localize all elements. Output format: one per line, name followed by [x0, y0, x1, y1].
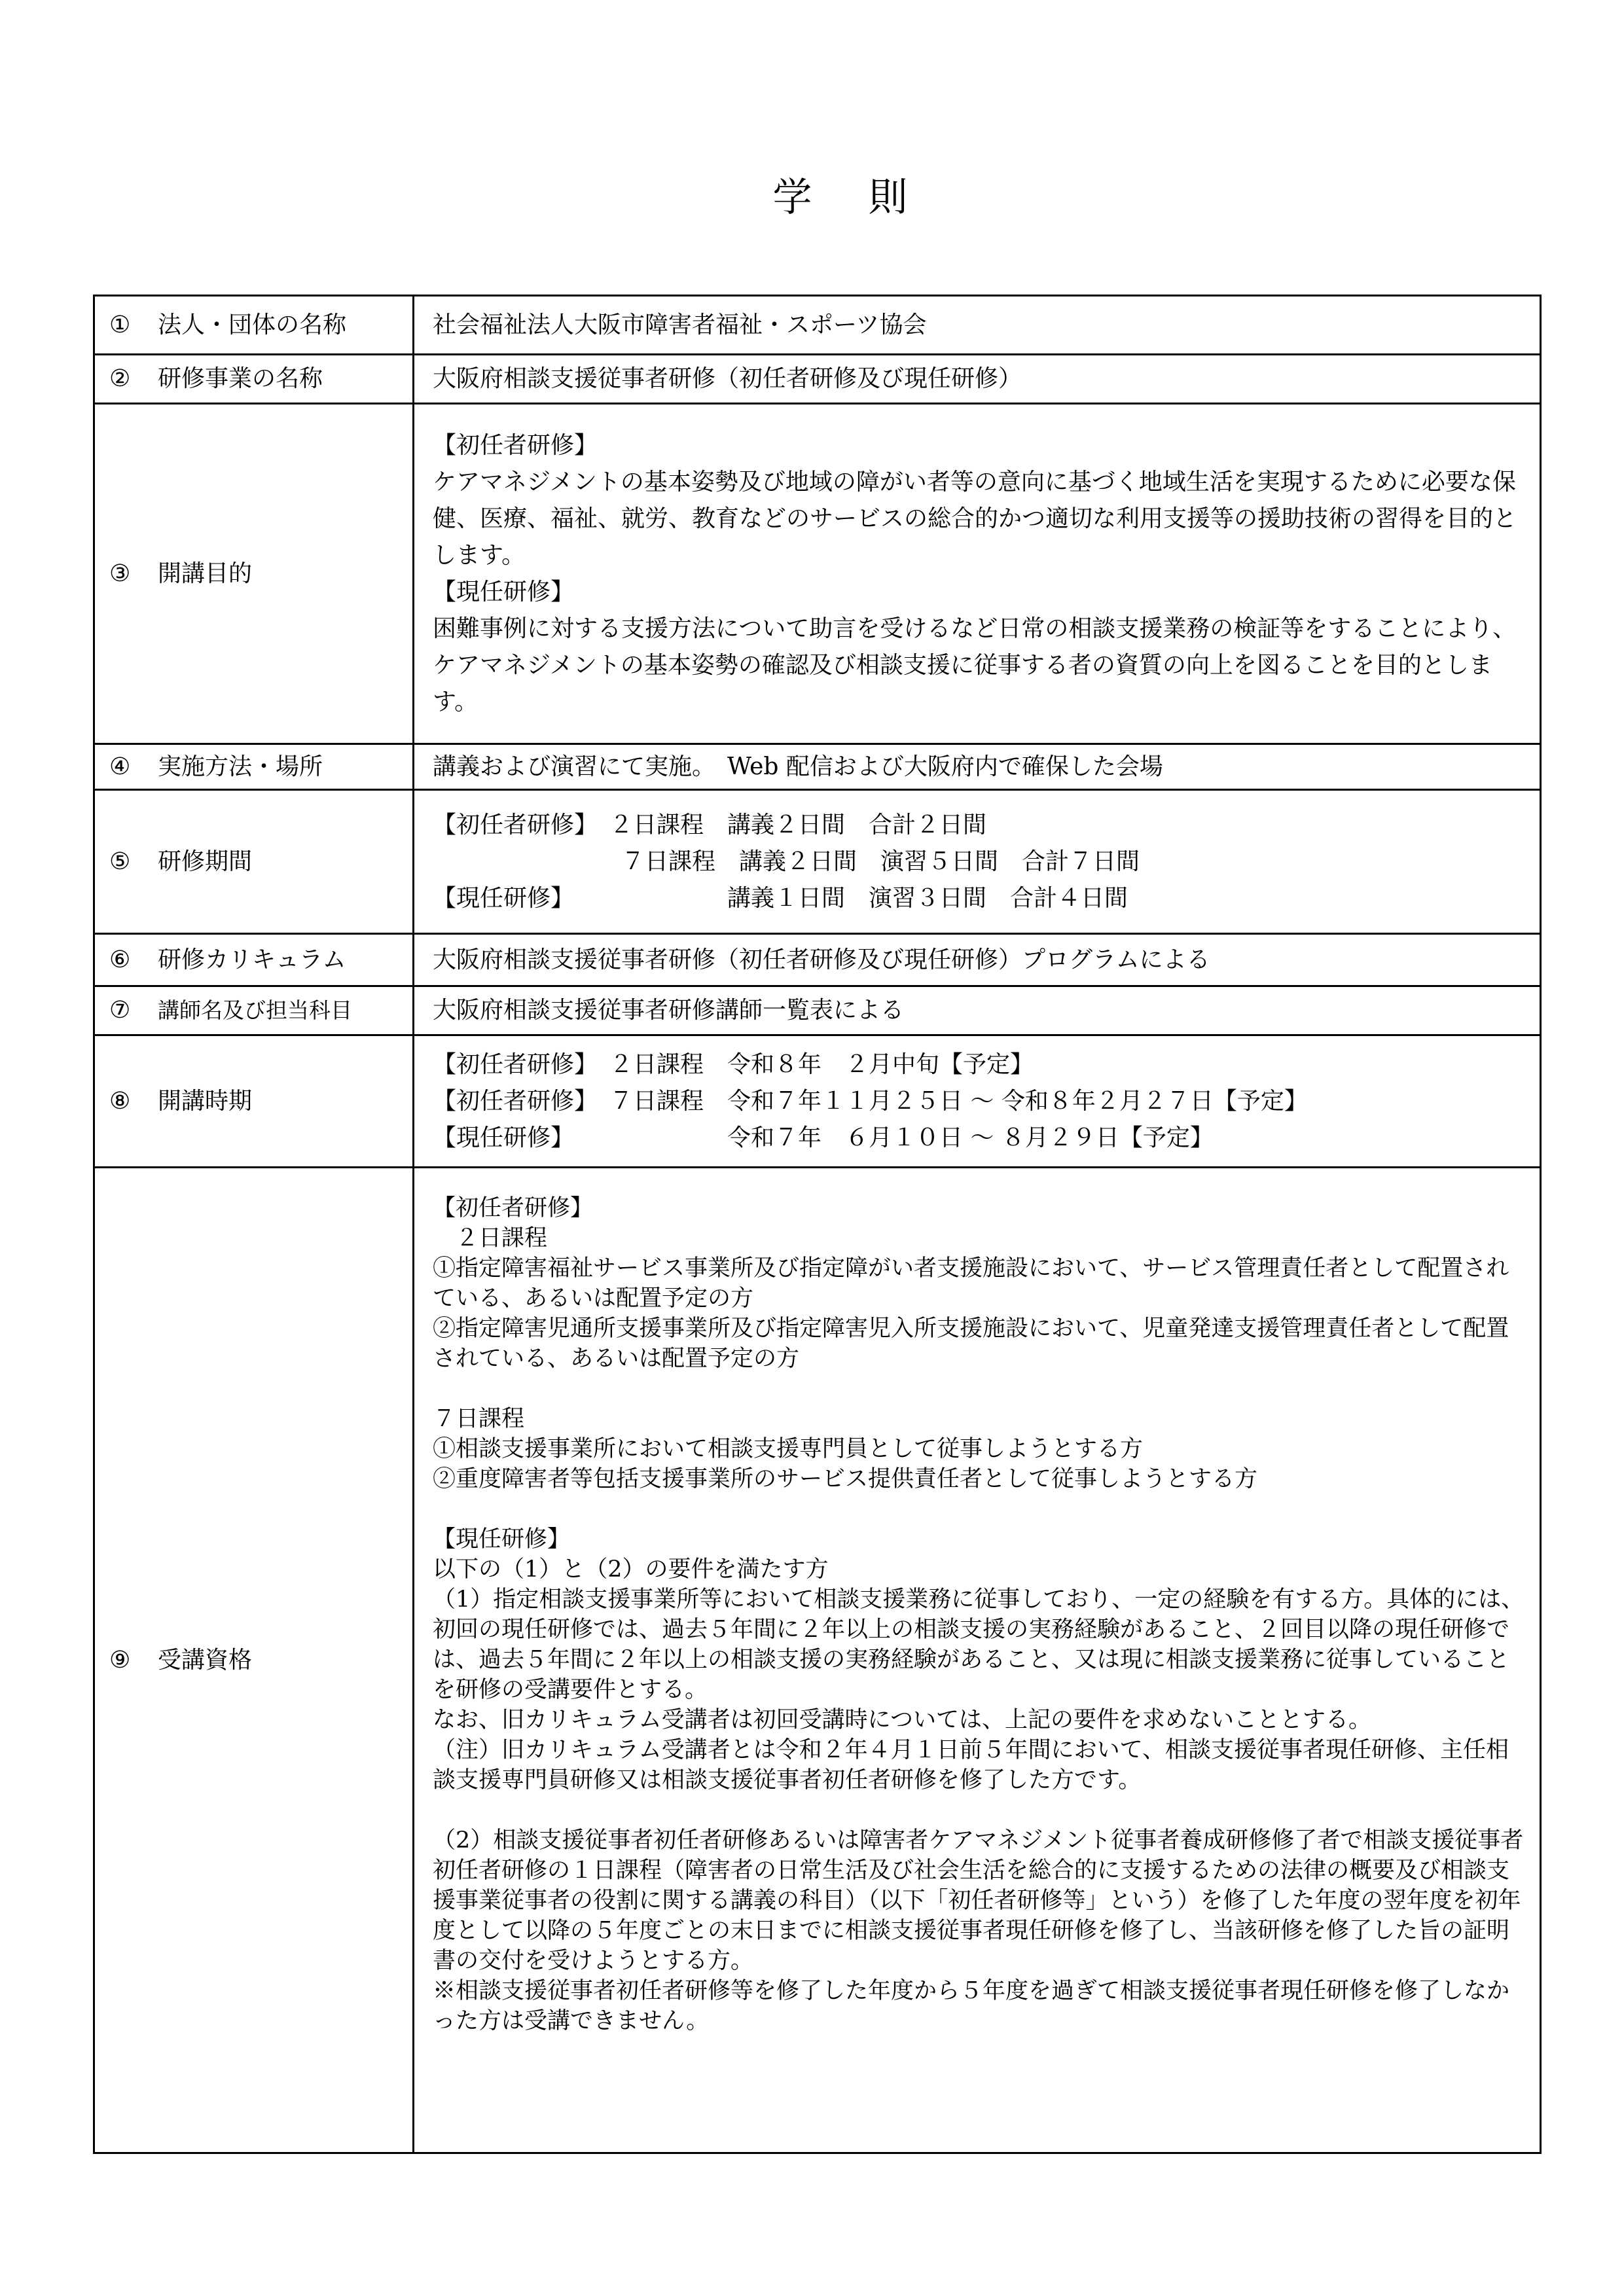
paragraph: ケアマネジメントの基本姿勢及び地域の障がい者等の意向に基づく地域生活を実現するた…: [433, 464, 1526, 574]
row-label-text: 法人・団体の名称: [158, 312, 346, 338]
row-label-text: 受講資格: [158, 1647, 252, 1674]
eligibility-item: ①指定障害福祉サービス事業所及び指定障がい者支援施設において、サービス管理責任者…: [433, 1253, 1526, 1314]
schedule-line: 【初任者研修】 ２日課程 講義２日間 合計２日間: [433, 807, 1526, 844]
schedule-line: 【現任研修】 令和７年 ６月１０日 ～ ８月２９日【予定】: [433, 1120, 1526, 1157]
row-value: 大阪府相談支援従事者研修（初任者研修及び現任研修）プログラムによる: [414, 934, 1541, 986]
row-duration: ⑤研修期間 【初任者研修】 ２日課程 講義２日間 合計２日間 ７日課程 講義２日…: [94, 790, 1541, 934]
row-value: 社会福祉法人大阪市障害者福祉・スポーツ協会: [414, 296, 1541, 355]
row-label: ④実施方法・場所: [94, 744, 414, 790]
requirement-warning: ※相談支援従事者初任者研修等を修了した年度から５年度を過ぎて相談支援従事者現任研…: [433, 1976, 1526, 2036]
schedule-line: 【初任者研修】 ７日課程 令和７年１１月２５日 ～ 令和８年２月２７日【予定】: [433, 1083, 1526, 1120]
section-heading-initial: 【初任者研修】: [433, 1193, 1526, 1223]
row-label: ③開講目的: [94, 404, 414, 744]
row-value: 【初任者研修】 ケアマネジメントの基本姿勢及び地域の障がい者等の意向に基づく地域…: [414, 404, 1541, 744]
schedule-line: 【現任研修】 講義１日間 演習３日間 合計４日間: [433, 880, 1526, 917]
schedule-line: ７日課程 講義２日間 演習５日間 合計７日間: [433, 844, 1526, 880]
eligibility-item: ②指定障害児通所支援事業所及び指定障害児入所支援施設において、児童発達支援管理責…: [433, 1314, 1526, 1374]
row-label: ⑥研修カリキュラム: [94, 934, 414, 986]
subheading-7day: ７日課程: [433, 1404, 1526, 1434]
row-label-text: 研修カリキュラム: [158, 946, 346, 973]
row-number: ⑧: [109, 1083, 158, 1120]
row-label-text: 研修事業の名称: [158, 365, 323, 392]
row-label: ⑧開講時期: [94, 1035, 414, 1168]
row-label: ⑤研修期間: [94, 790, 414, 934]
subheading-2day: ２日課程: [433, 1223, 1526, 1253]
row-number: ③: [109, 556, 158, 592]
row-number: ⑥: [109, 942, 158, 978]
row-value: 【初任者研修】 ２日課程 ①指定障害福祉サービス事業所及び指定障がい者支援施設に…: [414, 1168, 1541, 2153]
row-label: ⑦講師名及び担当科目: [94, 986, 414, 1035]
requirement-1: （1）指定相談支援事業所等において相談支援業務に従事しており、一定の経験を有する…: [433, 1585, 1526, 1705]
paragraph: 困難事例に対する支援方法について助言を受けるなど日常の相談支援業務の検証等をする…: [433, 611, 1526, 721]
row-instructors: ⑦講師名及び担当科目 大阪府相談支援従事者研修講師一覧表による: [94, 986, 1541, 1035]
row-value: 大阪府相談支援従事者研修講師一覧表による: [414, 986, 1541, 1035]
spacer: [433, 1494, 1526, 1524]
row-organization-name: ①法人・団体の名称 社会福祉法人大阪市障害者福祉・スポーツ協会: [94, 296, 1541, 355]
eligibility-item: ①相談支援事業所において相談支援専門員として従事しようとする方: [433, 1434, 1526, 1464]
spacer: [433, 1374, 1526, 1404]
section-heading-current: 【現任研修】: [433, 574, 1526, 611]
row-number: ⑤: [109, 844, 158, 880]
rules-table: ①法人・団体の名称 社会福祉法人大阪市障害者福祉・スポーツ協会 ②研修事業の名称…: [93, 295, 1542, 2154]
row-curriculum: ⑥研修カリキュラム 大阪府相談支援従事者研修（初任者研修及び現任研修）プログラム…: [94, 934, 1541, 986]
row-label-text: 講師名及び担当科目: [158, 997, 352, 1023]
row-label: ⑨受講資格: [94, 1168, 414, 2153]
requirement-intro: 以下の（1）と（2）の要件を満たす方: [433, 1554, 1526, 1585]
row-program-name: ②研修事業の名称 大阪府相談支援従事者研修（初任者研修及び現任研修）: [94, 355, 1541, 404]
row-eligibility: ⑨受講資格 【初任者研修】 ２日課程 ①指定障害福祉サービス事業所及び指定障がい…: [94, 1168, 1541, 2153]
row-label-text: 開講時期: [158, 1088, 252, 1115]
document-title: 学則: [0, 171, 1624, 224]
spacer: [433, 1795, 1526, 1825]
row-number: ⑦: [109, 992, 158, 1029]
row-number: ④: [109, 749, 158, 785]
row-label-text: 実施方法・場所: [158, 753, 323, 780]
row-number: ①: [109, 307, 158, 344]
requirement-note: なお、旧カリキュラム受講者は初回受講時については、上記の要件を求めないこととする…: [433, 1705, 1526, 1735]
eligibility-item: ②重度障害者等包括支援事業所のサービス提供責任者として従事しようとする方: [433, 1464, 1526, 1494]
requirement-2: （2）相談支援従事者初任者研修あるいは障害者ケアマネジメント従事者養成研修修了者…: [433, 1825, 1526, 1976]
row-label-text: 研修期間: [158, 848, 252, 875]
row-value: 【初任者研修】 ２日課程 令和８年 ２月中旬【予定】 【初任者研修】 ７日課程 …: [414, 1035, 1541, 1168]
row-number: ②: [109, 361, 158, 397]
row-value: 【初任者研修】 ２日課程 講義２日間 合計２日間 ７日課程 講義２日間 演習５日…: [414, 790, 1541, 934]
section-heading-current: 【現任研修】: [433, 1524, 1526, 1554]
row-value: 大阪府相談支援従事者研修（初任者研修及び現任研修）: [414, 355, 1541, 404]
row-number: ⑨: [109, 1642, 158, 1679]
row-label-text: 開講目的: [158, 560, 252, 587]
schedule-line: 【初任者研修】 ２日課程 令和８年 ２月中旬【予定】: [433, 1047, 1526, 1083]
row-method-location: ④実施方法・場所 講義および演習にて実施。 Web 配信および大阪府内で確保した…: [94, 744, 1541, 790]
row-purpose: ③開講目的 【初任者研修】 ケアマネジメントの基本姿勢及び地域の障がい者等の意向…: [94, 404, 1541, 744]
row-label: ②研修事業の名称: [94, 355, 414, 404]
row-value: 講義および演習にて実施。 Web 配信および大阪府内で確保した会場: [414, 744, 1541, 790]
requirement-footnote: （注）旧カリキュラム受講者とは令和２年４月１日前５年間において、相談支援従事者現…: [433, 1735, 1526, 1795]
row-label: ①法人・団体の名称: [94, 296, 414, 355]
section-heading-initial: 【初任者研修】: [433, 427, 1526, 464]
row-schedule: ⑧開講時期 【初任者研修】 ２日課程 令和８年 ２月中旬【予定】 【初任者研修】…: [94, 1035, 1541, 1168]
